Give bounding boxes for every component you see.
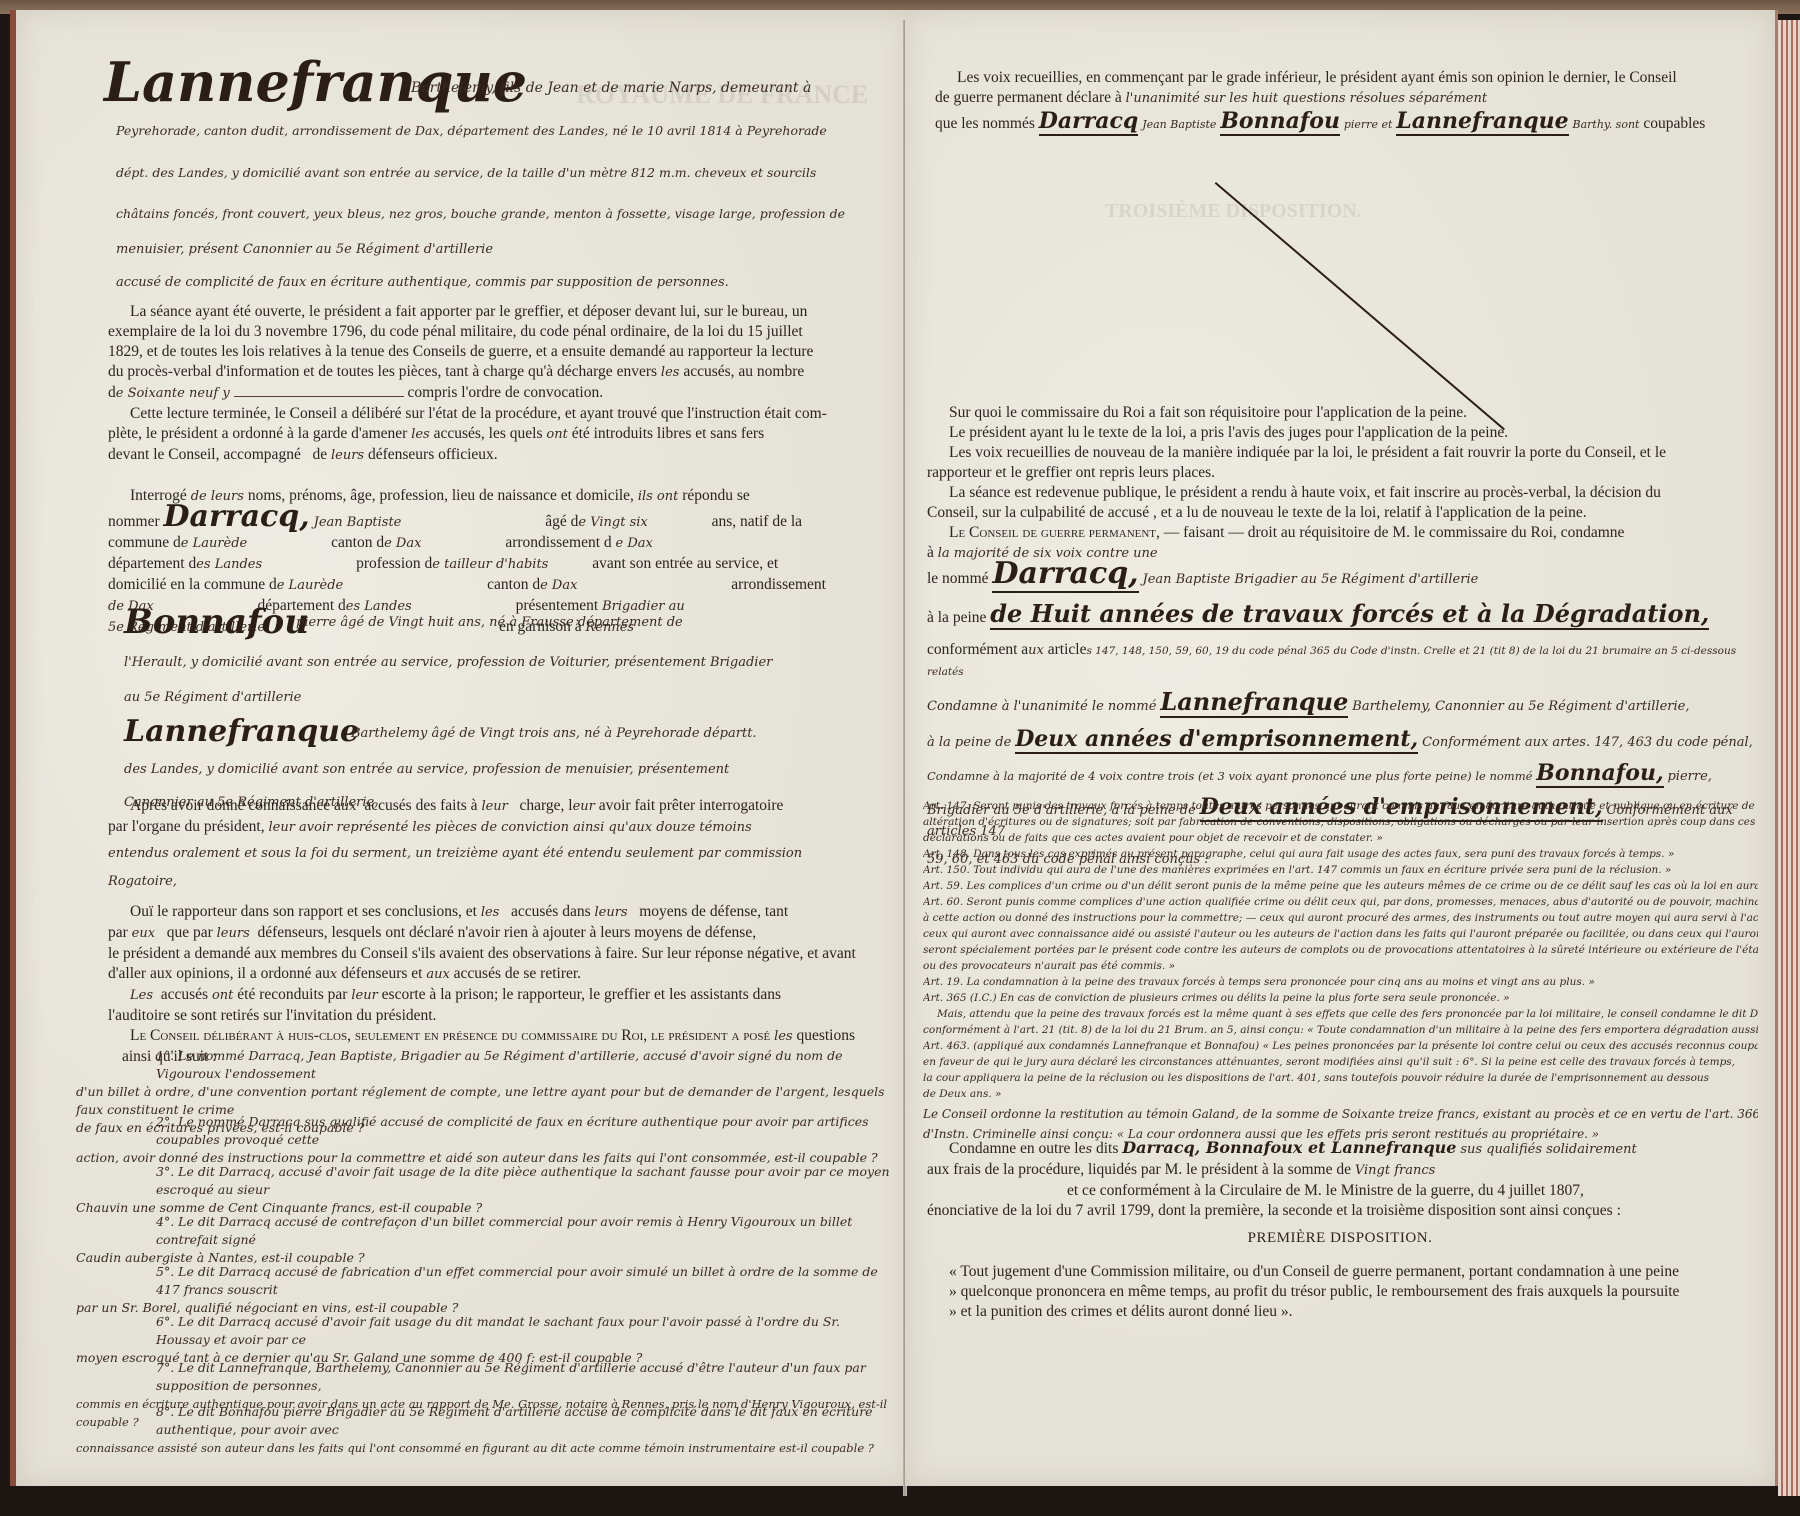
connaissance-paragraph: Après avoir donné connaissance aux accus…: [108, 796, 878, 892]
text-line: rapporteur et le greffier ont repris leu…: [927, 463, 1747, 483]
text-line: à la peine de Huit années de travaux for…: [927, 604, 1747, 628]
article-line: Art. 147. Seront punis des travaux forcé…: [923, 798, 1758, 814]
right-page: TROISIÈME DISPOSITION. Les voix recueill…: [905, 10, 1778, 1486]
text-line: Le président ayant lu le texte de la loi…: [927, 423, 1747, 443]
question-item: 8°. Le dit Bonnafou pierre Brigadier au …: [76, 1403, 896, 1457]
question-item: 5°. Le dit Darracq accusé de fabrication…: [76, 1263, 896, 1317]
text-line: le président a demandé aux membres du Co…: [108, 944, 878, 964]
header-details-line: Barthelemy, fils de Jean et de marie Nar…: [411, 80, 811, 96]
text-line: département des Landes profession de tai…: [108, 554, 878, 575]
text-line: exemplaire de la loi du 3 novembre 1796,…: [108, 322, 878, 342]
text-line: Les voix recueillies, en commençant par …: [935, 68, 1745, 88]
text-line: Après avoir donné connaissance aux accus…: [108, 796, 878, 817]
article-line: Art. 60. Seront punis comme complices d'…: [923, 894, 1758, 910]
article-line: déclarations ou de faits que ces actes a…: [923, 830, 1758, 846]
text-line: Le Conseil délibérant à huis-clos, seule…: [108, 1026, 878, 1047]
text-line: Condamne en outre les dits Darracq, Bonn…: [927, 1138, 1757, 1160]
article-line: de Deux ans. »: [923, 1086, 1758, 1102]
text-line: de Soixante neuf y compris l'ordre de co…: [108, 383, 878, 404]
text-line: entendus oralement et sous la foi du ser…: [108, 844, 878, 864]
accused-name-lannefranque: Lannefranque: [124, 714, 359, 749]
article-line: conformément à l'art. 21 (tit. 8) de la …: [923, 1022, 1758, 1038]
header-details-line: dépt. des Landes, y domicilié avant son …: [116, 165, 816, 180]
header-details-line: châtains foncés, front couvert, yeux ble…: [116, 206, 845, 221]
article-line: Art. 148. Dans tous les cas exprimés au …: [923, 846, 1758, 862]
text-line: et ce conformément à la Circulaire de M.…: [927, 1181, 1757, 1201]
lannefranque-details-line: Barthelemy âgé de Vingt trois ans, né à …: [351, 726, 757, 741]
disposition-title: PREMIÈRE DISPOSITION.: [905, 1228, 1775, 1248]
article-line: Le Conseil ordonne la restitution au tém…: [923, 1106, 1758, 1122]
disposition-text: « Tout jugement d'une Commission militai…: [927, 1262, 1757, 1322]
text-line: aux frais de la procédure, liquidés par …: [927, 1160, 1757, 1181]
text-line: plète, le président a ordonné à la garde…: [108, 424, 878, 445]
text-line: » quelconque prononcera en même temps, a…: [927, 1282, 1757, 1302]
text-line: de guerre permanent déclare à l'unanimit…: [935, 88, 1745, 109]
bonnafou-details-line: au 5e Régiment d'artillerie: [124, 690, 301, 705]
text-line: » et la punition des crimes et délits au…: [927, 1302, 1757, 1322]
text-line: Ouï le rapporteur dans son rapport et se…: [108, 902, 878, 923]
text-line: l'auditoire se sont retirés sur l'invita…: [108, 1006, 878, 1026]
left-page: ROYAUME DE FRANCE Lannefranque Barthelem…: [10, 10, 911, 1486]
article-line: la cour appliquera la peine de la réclus…: [923, 1070, 1758, 1086]
accusation-line: accusé de complicité de faux en écriture…: [116, 275, 729, 290]
article-line: à cette action ou donné des instructions…: [923, 910, 1758, 926]
law-articles-block: Art. 147. Seront punis des travaux forcé…: [923, 798, 1758, 1142]
bleed-through-text: TROISIÈME DISPOSITION.: [1105, 200, 1362, 223]
text-line: Le Conseil de guerre permanent, — faisan…: [927, 523, 1747, 543]
text-line: Conseil, sur la culpabilité de accusé , …: [927, 503, 1747, 523]
text-line: à la peine de Deux années d'emprisonneme…: [927, 729, 1757, 753]
question-item: 3°. Le dit Darracq, accusé d'avoir fait …: [76, 1163, 896, 1217]
text-line: Condamne à l'unanimité le nommé Lannefra…: [927, 692, 1757, 717]
open-register-book: ROYAUME DE FRANCE Lannefranque Barthelem…: [0, 10, 1800, 1486]
sentence-paragraph: Sur quoi le commissaire du Roi a fait so…: [927, 403, 1747, 628]
article-line: Art. 365 (I.C.) En cas de conviction de …: [923, 990, 1758, 1006]
article-line: seront spécialement portées par le prése…: [923, 942, 1758, 958]
question-item: 4°. Le dit Darracq accusé de contrefaçon…: [76, 1213, 896, 1267]
text-line: Les voix recueillies de nouveau de la ma…: [927, 443, 1747, 463]
text-line: par l'organe du président, leur avoir re…: [108, 817, 878, 838]
page-edge-stripes: [1778, 20, 1800, 1496]
text-line: La séance est redevenue publique, le pré…: [927, 483, 1747, 503]
article-line: ou des provocateurs n'aurait pas été com…: [923, 958, 1758, 974]
article-line: Art. 463. (appliqué aux condamnés Lannef…: [923, 1038, 1758, 1054]
accused-name-bonnafou: Bonnafou: [124, 602, 309, 642]
text-line: 1829, et de toutes les lois relatives à …: [108, 342, 878, 362]
text-line: du procès-verbal d'information et de tou…: [108, 362, 878, 383]
header-details-line: Peyrehorade, canton dudit, arrondissemen…: [116, 123, 827, 138]
text-line: d'aller aux opinions, il a ordonné aux d…: [108, 964, 878, 985]
text-line: « Tout jugement d'une Commission militai…: [927, 1262, 1757, 1282]
text-line: Sur quoi le commissaire du Roi a fait so…: [927, 403, 1747, 423]
text-line: Rogatoire,: [108, 872, 878, 892]
text-line: énonciative de la loi du 7 avril 1799, d…: [927, 1201, 1757, 1221]
text-line: domicilié en la commune de Laurède canto…: [108, 575, 878, 596]
question-item: 2°. Le nommé Darracq sus qualifié accusé…: [76, 1113, 896, 1167]
text-line: Cette lecture terminée, le Conseil a dél…: [108, 404, 878, 424]
article-line: Art. 150. Tout individu qui aura de l'un…: [923, 862, 1758, 878]
article-line: altération d'écritures ou de signatures;…: [923, 814, 1758, 830]
text-line: devant le Conseil, accompagné de leurs d…: [108, 445, 878, 466]
text-line: nommer Darracq, Jean Baptiste âgé de Vin…: [108, 507, 878, 533]
text-line: le nommé Darracq, Jean Baptiste Brigadie…: [927, 564, 1747, 598]
text-line: Les accusés ont été reconduits par leur …: [108, 985, 878, 1006]
seance-paragraph: La séance ayant été ouverte, le présiden…: [108, 302, 878, 466]
article-line: Art. 59. Les complices d'un crime ou d'u…: [923, 878, 1758, 894]
accused-name-darracq: Darracq,: [164, 499, 310, 534]
bonnafou-details-line: pierre âgé de Vingt huit ans, né à Fraus…: [296, 615, 683, 630]
text-line: Condamne à la majorité de 4 voix contre …: [927, 763, 1757, 787]
text-line: La séance ayant été ouverte, le présiden…: [108, 302, 878, 322]
verdict-paragraph: Les voix recueillies, en commençant par …: [935, 68, 1745, 135]
frais-paragraph: Condamne en outre les dits Darracq, Bonn…: [927, 1138, 1757, 1221]
article-line: Art. 19. La condamnation à la peine des …: [923, 974, 1758, 990]
lannefranque-details-line: des Landes, y domicilié avant son entrée…: [124, 762, 729, 777]
header-details-line: menuisier, présent Canonnier au 5e Régim…: [116, 242, 493, 257]
text-line: commune de Laurède canton de Dax arrondi…: [108, 533, 878, 554]
text-line: conformément aux articles 147, 148, 150,…: [927, 640, 1757, 682]
bonnafou-details-line: l'Herault, y domicilié avant son entrée …: [124, 655, 772, 670]
article-line: ceux qui auront avec connaissance aidé o…: [923, 926, 1758, 942]
article-line: en faveur de qui le jury aura déclaré le…: [923, 1054, 1758, 1070]
oui-paragraph: Ouï le rapporteur dans son rapport et se…: [108, 902, 878, 1067]
text-line: que les nommés Darracq Jean Baptiste Bon…: [935, 111, 1745, 135]
article-line: Mais, attendu que la peine des travaux f…: [923, 1006, 1758, 1022]
text-line: par eux que par leurs défenseurs, lesque…: [108, 923, 878, 944]
